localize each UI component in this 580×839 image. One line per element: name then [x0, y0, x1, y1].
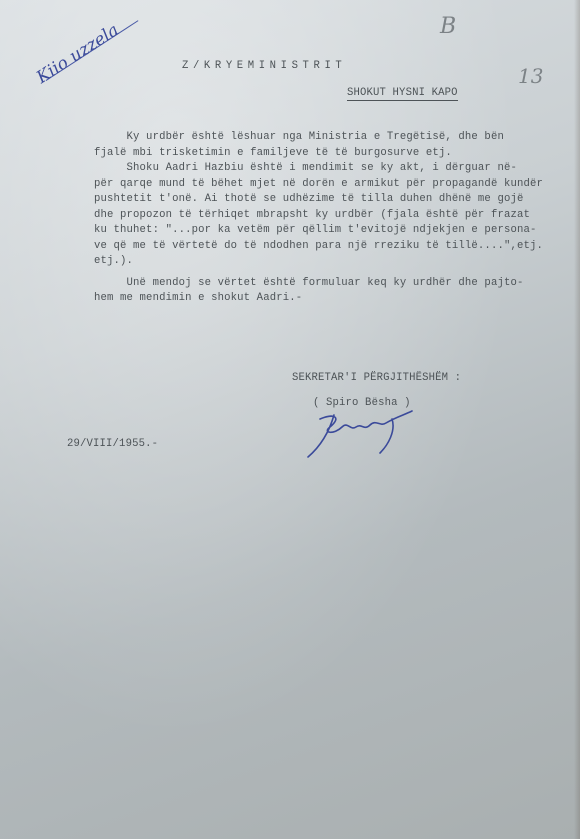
handwritten-signature [300, 405, 450, 465]
pencil-page-number: 13 [518, 64, 543, 88]
addressee: SHOKUT HYSNI KAPO [347, 87, 458, 101]
body-line: Unë mendoj se vërtet është formuluar keq… [94, 277, 523, 289]
body-line: etj.). [94, 255, 133, 267]
body-line: dhe propozon të tërhiqet mbrapsht ky urd… [94, 209, 530, 221]
document-page: Kiio uzzela B 13 Z/KRYEMINISTRIT SHOKUT … [0, 0, 580, 839]
body-line: Ky urdbër është lëshuar nga Ministria e … [94, 131, 504, 143]
body-line: ve që me të vërtetë do të ndodhen para n… [94, 240, 543, 252]
body-line: hem me mendimin e shokut Aadri.- [94, 292, 302, 304]
body-line: pushtetit t'onë. Ai thotë se udhëzime të… [94, 193, 523, 205]
pencil-mark-letter: B [440, 14, 456, 39]
handwritten-note: Kiio uzzela [33, 20, 122, 88]
body-line: për qarqe mund të bëhet mjet në dorën e … [94, 178, 543, 190]
body-line: fjalë mbi trisketimin e familjeve të të … [94, 147, 452, 159]
body-line: Shoku Aadri Hazbiu është i mendimit se k… [94, 162, 517, 174]
signature-title: SEKRETAR'I PËRGJITHËSHËM : [292, 372, 461, 384]
document-date: 29/VIII/1955.- [67, 438, 158, 450]
document-heading: Z/KRYEMINISTRIT [182, 60, 346, 72]
body-line: ku thuhet: "...por ka vetëm për qëllim t… [94, 224, 537, 236]
